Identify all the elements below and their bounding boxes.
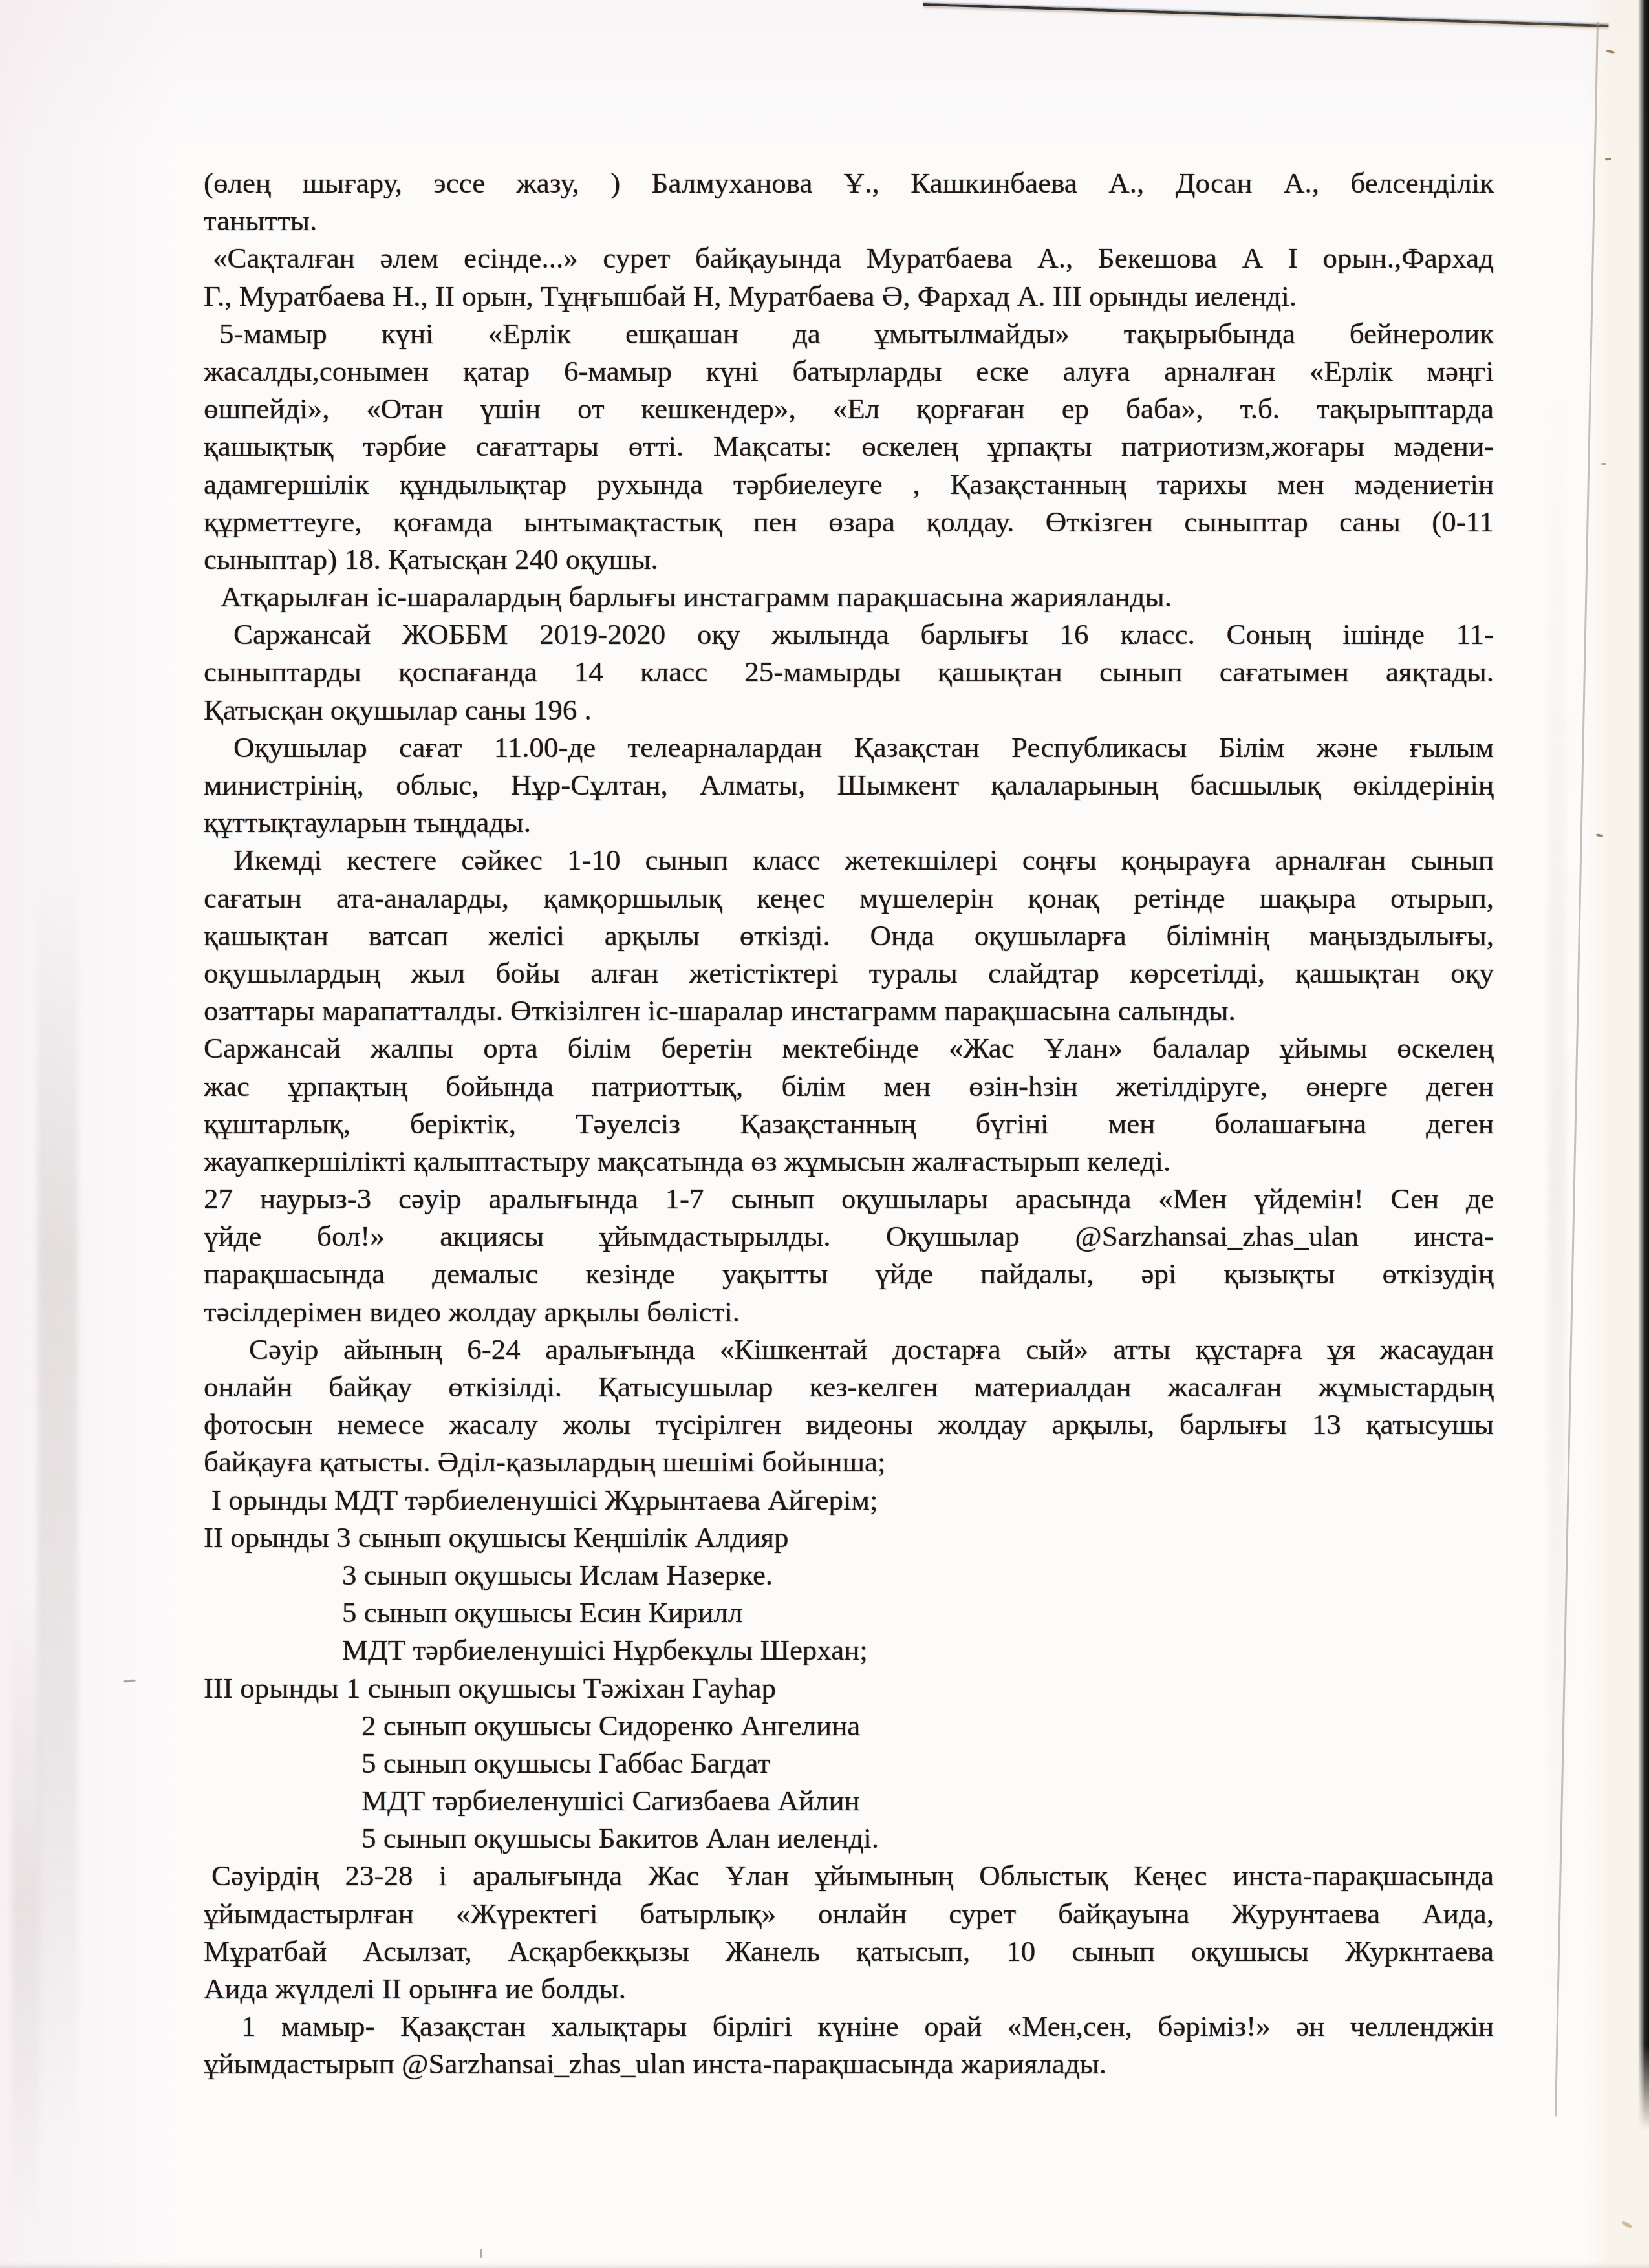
text-line: «Сақталған әлем есінде...» сурет байқауы… xyxy=(204,239,1494,277)
text-line: I орынды МДТ тәрбиеленушісі Жұрынтаева А… xyxy=(204,1481,1494,1519)
text-line: тәсілдерімен видео жолдау арқылы бөлісті… xyxy=(204,1293,1494,1331)
text-line: фотосын немесе жасалу жолы түсірілген ви… xyxy=(204,1406,1494,1443)
text-line: министрінің, облыс, Нұр-Сұлтан, Алматы, … xyxy=(204,766,1494,804)
text-line: өшпейді», «Отан үшін от кешкендер», «Ел … xyxy=(204,390,1494,427)
text-line: 3 сынып оқушысы Ислам Назерке. xyxy=(204,1556,1494,1594)
scan-speck xyxy=(1605,157,1611,160)
text-line: оқушылардың жыл бойы алған жетістіктері … xyxy=(204,954,1494,992)
scan-speck xyxy=(1601,463,1606,465)
text-line: байқауға қатысты. Әділ-қазылардың шешімі… xyxy=(204,1443,1494,1481)
text-line: парақшасында демалыс кезінде уақытты үйд… xyxy=(204,1255,1494,1292)
scan-speck xyxy=(1622,2220,1633,2229)
text-line: қашықтық тәрбие сағаттары өтті. Мақсаты:… xyxy=(204,427,1494,465)
text-line: Сәуір айының 6-24 аралығында «Кішкентай … xyxy=(204,1331,1494,1368)
text-line: МДТ тәрбиеленушісі Сагизбаева Айлин xyxy=(204,1782,1494,1819)
scanner-shadow-strip xyxy=(1638,0,1649,2130)
text-line: Мұратбай Асылзат, Асқарбекқызы Жанель қа… xyxy=(204,1932,1494,1970)
text-line: құштарлық, беріктік, Тәуелсіз Қазақстанн… xyxy=(204,1105,1494,1142)
page-top-edge-line xyxy=(923,3,1609,27)
scan-speck xyxy=(480,2249,482,2258)
scanned-document-page: (өлең шығару, эссе жазу, ) Балмуханова Ұ… xyxy=(0,0,1649,2268)
text-line: ұйымдастырып @Sarzhansai_zhas_ulan инста… xyxy=(204,2045,1494,2082)
text-line: 5 сынып оқушысы Габбас Багдат xyxy=(204,1744,1494,1782)
text-line: 5-мамыр күні «Ерлік ешқашан да ұмытылмай… xyxy=(204,315,1494,352)
text-line: 5 сынып оқушысы Бакитов Алан иеленді. xyxy=(204,1819,1494,1857)
text-line: МДТ тәрбиеленушісі Нұрбекұлы Шерхан; xyxy=(204,1631,1494,1669)
text-line: 1 мамыр- Қазақстан халықтары бірлігі күн… xyxy=(204,2007,1494,2045)
text-line: Саржансай ЖОББМ 2019-2020 оқу жылында ба… xyxy=(204,615,1494,653)
text-line: (өлең шығару, эссе жазу, ) Балмуханова Ұ… xyxy=(204,164,1494,202)
text-line: жасалды,сонымен қатар 6-мамыр күні батыр… xyxy=(204,352,1494,390)
text-line: жауапкершілікті қалыптастыру мақсатында … xyxy=(204,1142,1494,1180)
paper-tint-left xyxy=(0,0,181,2268)
text-block: (өлең шығару, эссе жазу, ) Балмуханова Ұ… xyxy=(204,164,1494,2083)
text-line: Оқушылар сағат 11.00-де телеарналардан Қ… xyxy=(204,729,1494,766)
text-line: танытты. xyxy=(204,202,1494,239)
text-line: Қатысқан оқушылар саны 196 . xyxy=(204,691,1494,729)
scan-streak xyxy=(12,1584,39,2231)
text-line: құрметтеуге, қоғамда ынтымақтастық пен ө… xyxy=(204,503,1494,540)
scan-streak xyxy=(38,873,78,2153)
text-line: сыныптарды қоспағанда 14 класс 25-мамырд… xyxy=(204,653,1494,690)
text-line: Икемді кестеге сәйкес 1-10 сынып класс ж… xyxy=(204,841,1494,879)
text-line: қашықтан ватсап желісі арқылы өткізді. О… xyxy=(204,917,1494,954)
text-line: Атқарылған іс-шаралардың барлығы инстагр… xyxy=(204,578,1494,615)
text-line: ұйымдастырлған «Жүректегі батырлық» онла… xyxy=(204,1895,1494,1932)
text-line: 27 наурыз-3 сәуір аралығында 1-7 сынып о… xyxy=(204,1180,1494,1217)
text-line: 2 сынып оқушысы Сидоренко Ангелина xyxy=(204,1707,1494,1744)
text-line: II орынды 3 сынып оқушысы Кеңшілік Алдия… xyxy=(204,1519,1494,1556)
text-line: онлайн байқау өткізілді. Қатысушылар кез… xyxy=(204,1368,1494,1406)
text-line: Г., Муратбаева Н., II орын, Тұңғышбай Н,… xyxy=(204,277,1494,315)
scan-speck xyxy=(741,2066,745,2068)
paper-tint-top xyxy=(0,0,1649,155)
scan-bottom-shade xyxy=(0,2263,1649,2268)
text-line: Сәуірдің 23-28 і аралығында Жас Ұлан ұйы… xyxy=(204,1857,1494,1894)
text-line: Аида жүлделі II орынға ие болды. xyxy=(204,1970,1494,2007)
text-line: сыныптар) 18. Қатысқан 240 оқушы. xyxy=(204,540,1494,578)
text-line: адамгершілік құндылықтар рухында тәрбиел… xyxy=(204,465,1494,503)
text-line: сағатын ата-аналарды, қамқоршылық кеңес … xyxy=(204,879,1494,917)
text-line: озаттары марапатталды. Өткізілген іс-шар… xyxy=(204,992,1494,1029)
text-line: Саржансай жалпы орта білім беретін мекте… xyxy=(204,1029,1494,1067)
scan-speck xyxy=(1606,50,1615,54)
scan-speck xyxy=(1596,833,1604,837)
scan-speck xyxy=(123,1679,136,1683)
text-line: үйде бол!» акциясы ұйымдастырылды. Оқушы… xyxy=(204,1217,1494,1255)
text-line: жас ұрпақтың бойында патриоттық, білім м… xyxy=(204,1067,1494,1105)
text-line: III орынды 1 сынып оқушысы Тәжіхан Гауhа… xyxy=(204,1669,1494,1707)
page-right-edge-line xyxy=(1555,22,1599,2116)
text-line: 5 сынып оқушысы Есин Кирилл xyxy=(204,1594,1494,1631)
text-line: құттықтауларын тыңдады. xyxy=(204,804,1494,841)
